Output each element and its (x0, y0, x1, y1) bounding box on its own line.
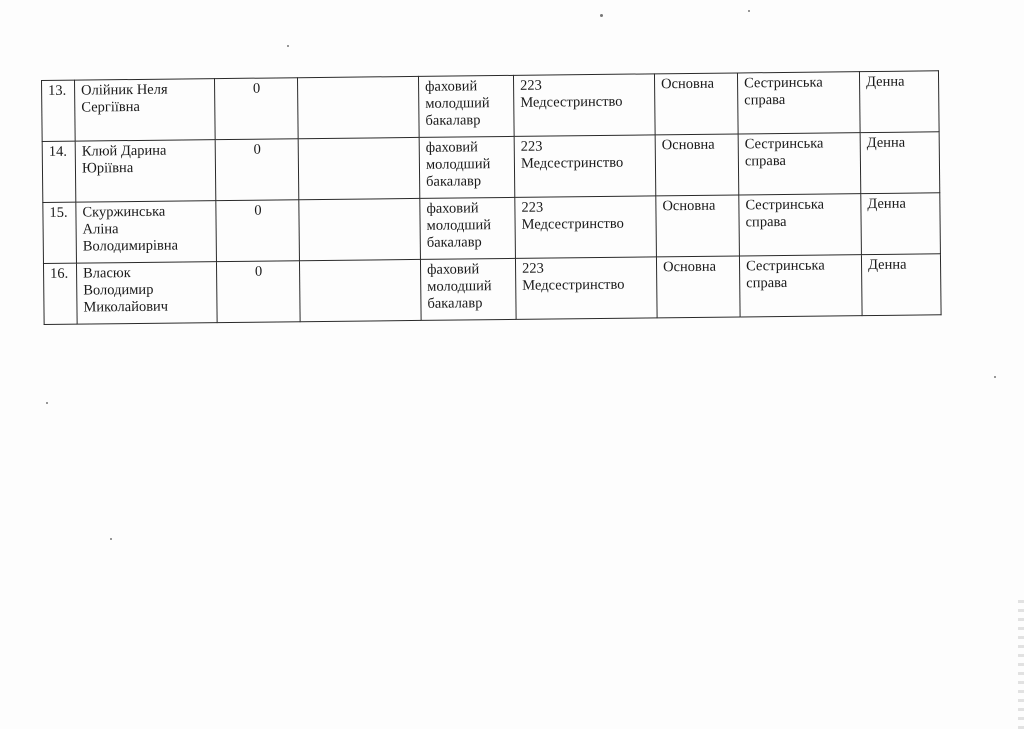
specialty-cell-line: 223 (521, 198, 650, 216)
specialty-cell: 223Медсестринство (515, 257, 657, 320)
scan-speck (600, 14, 603, 17)
applicant-name: Клюй ДаринаЮріївна (75, 140, 216, 203)
degree-cell-line: молодший (427, 278, 510, 296)
program-cell: Сестринськасправа (739, 255, 862, 317)
scan-speck (110, 538, 112, 540)
degree-cell-line: фаховий (426, 139, 509, 157)
program-cell-line: справа (745, 152, 855, 170)
study-form-cell: Денна (860, 132, 940, 194)
study-form-cell: Денна (859, 71, 939, 133)
applicant-name: Олійник НеляСергіївна (75, 79, 216, 142)
degree-cell: фаховиймолодшийбакалавр (419, 136, 515, 198)
specialty-cell-line: Медсестринство (522, 276, 651, 294)
applicant-name-line: Володимир (83, 281, 211, 299)
applicant-name-line: Скуржинська (82, 203, 210, 221)
empty-cell (299, 259, 421, 321)
degree-cell-line: молодший (427, 217, 510, 235)
table-body: 13.Олійник НеляСергіївна0фаховиймолодший… (42, 71, 942, 325)
row-number: 15. (43, 202, 77, 263)
applicant-name-line: Олійник Неля (81, 81, 209, 99)
specialty-cell: 223Медсестринство (514, 135, 656, 198)
specialty-cell-line: Медсестринство (520, 93, 649, 111)
applicant-name-line: Клюй Дарина (82, 142, 210, 160)
basis-cell: Основна (654, 73, 738, 135)
degree-cell: фаховиймолодшийбакалавр (420, 197, 516, 259)
applicant-name-line: Миколайович (83, 298, 211, 316)
degree-cell-line: бакалавр (427, 234, 510, 252)
applicant-name-line: Аліна (83, 220, 211, 238)
table-row: 13.Олійник НеляСергіївна0фаховиймолодший… (42, 71, 940, 142)
degree-cell-line: бакалавр (427, 295, 510, 313)
empty-cell (299, 198, 421, 260)
program-cell-line: Сестринська (746, 257, 856, 275)
scan-speck (46, 402, 48, 404)
degree-cell-line: фаховий (427, 261, 510, 279)
specialty-cell-line: 223 (520, 76, 649, 94)
basis-cell: Основна (656, 256, 740, 318)
scan-speck (994, 376, 996, 378)
program-cell-line: справа (745, 213, 855, 231)
table-row: 14.Клюй ДаринаЮріївна0фаховиймолодшийбак… (42, 132, 940, 203)
enrollment-table: 13.Олійник НеляСергіївна0фаховиймолодший… (41, 70, 942, 325)
score-cell: 0 (214, 78, 298, 140)
basis-cell: Основна (655, 134, 739, 196)
enrollment-table-wrapper: 13.Олійник НеляСергіївна0фаховиймолодший… (41, 70, 942, 325)
table-row: 15.СкуржинськаАлінаВолодимирівна0фаховий… (43, 193, 941, 264)
degree-cell-line: бакалавр (425, 112, 508, 130)
empty-cell (298, 137, 420, 199)
specialty-cell-line: Медсестринство (522, 215, 651, 233)
basis-cell: Основна (656, 195, 740, 257)
program-cell: Сестринськасправа (739, 194, 862, 256)
program-cell-line: Сестринська (745, 196, 855, 214)
applicant-name: СкуржинськаАлінаВолодимирівна (76, 201, 217, 264)
program-cell-line: справа (746, 274, 856, 292)
degree-cell: фаховиймолодшийбакалавр (418, 75, 514, 137)
row-number: 13. (42, 80, 76, 141)
specialty-cell-line: 223 (522, 259, 651, 277)
scan-speck (748, 10, 750, 12)
degree-cell: фаховиймолодшийбакалавр (420, 258, 516, 320)
program-cell: Сестринськасправа (737, 72, 860, 134)
row-number: 16. (43, 263, 77, 324)
specialty-cell-line: Медсестринство (521, 154, 650, 172)
score-cell: 0 (215, 139, 299, 201)
program-cell: Сестринськасправа (738, 133, 861, 195)
program-cell-line: Сестринська (745, 135, 855, 153)
applicant-name-line: Власюк (83, 264, 211, 282)
score-cell: 0 (216, 200, 300, 262)
applicant-name-line: Володимирівна (83, 237, 211, 255)
applicant-name: ВласюкВолодимирМиколайович (76, 262, 217, 325)
study-form-cell: Денна (861, 254, 941, 316)
specialty-cell-line: 223 (521, 137, 650, 155)
scanned-page: 13.Олійник НеляСергіївна0фаховиймолодший… (0, 0, 1024, 729)
program-cell-line: Сестринська (744, 74, 854, 92)
degree-cell-line: бакалавр (426, 173, 509, 191)
degree-cell-line: молодший (426, 156, 509, 174)
specialty-cell: 223Медсестринство (513, 74, 655, 137)
degree-cell-line: молодший (425, 95, 508, 113)
applicant-name-line: Юріївна (82, 159, 210, 177)
score-cell: 0 (216, 261, 300, 323)
row-number: 14. (42, 141, 76, 202)
empty-cell (297, 76, 419, 138)
study-form-cell: Денна (861, 193, 941, 255)
scan-speck (287, 45, 289, 47)
scan-edge (1018, 600, 1024, 729)
applicant-name-line: Сергіївна (81, 98, 209, 116)
table-row: 16.ВласюкВолодимирМиколайович0фаховиймол… (43, 254, 941, 325)
degree-cell-line: фаховий (426, 200, 509, 218)
program-cell-line: справа (744, 91, 854, 109)
specialty-cell: 223Медсестринство (515, 196, 657, 259)
degree-cell-line: фаховий (425, 78, 508, 96)
